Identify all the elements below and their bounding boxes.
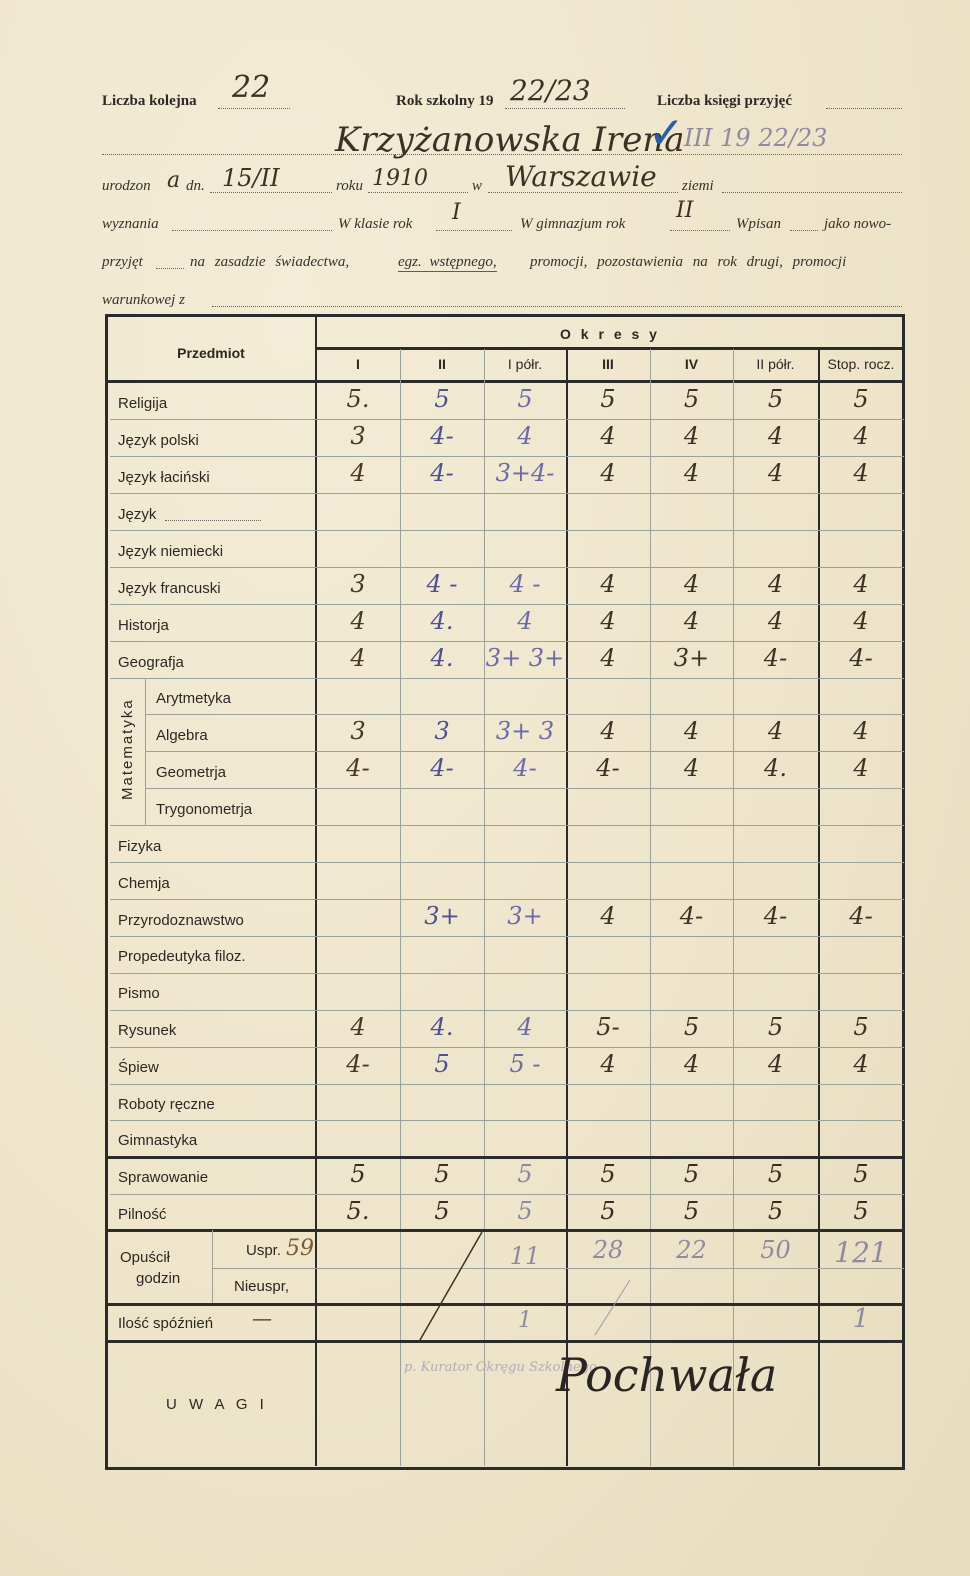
ziemi-label: ziemi [682,178,714,195]
grade-cell-IV: 4 [650,605,733,637]
grade-cell-II-polr: 4 [733,605,818,637]
subject-przyrodoznawstwo: Przyrodoznawstwo [118,912,244,929]
conduct-cell-I-polr: 5 [484,1195,566,1227]
lateness-value-stop-rocz: 1 [818,1304,904,1334]
subject-gimnastyka: Gimnastyka [118,1132,197,1149]
grade-cell-I: 3 [316,715,400,747]
subject-jezyk-francuski: Język francuski [118,580,221,597]
grade-cell-IV: 3+ [650,642,733,674]
uspr-value-II-polr: 50 [733,1236,818,1264]
zasadzie-text-2: promocji, pozostawienia na rok drugi, pr… [530,254,846,271]
grade-cell-IV: 4 [650,420,733,452]
grade-cell-stop-rocz: 4 [818,752,904,784]
wpisan-label: Wpisan [736,216,781,233]
subject-geografja: Geografja [118,654,184,671]
wyznania-label: wyznania [102,216,159,233]
grade-cell-III: 5- [566,1011,650,1043]
grade-cell-III: 4- [566,752,650,784]
subject-roboty-reczne: Roboty ręczne [118,1096,215,1113]
grade-cell-II: 5 [400,383,484,415]
grade-cell-stop-rocz: 4 [818,1048,904,1080]
subject-jezyk: Język [118,506,156,523]
grade-cell-II-polr: 4 [733,715,818,747]
subject-jezyk-lacinski: Język łaciński [118,469,210,486]
grade-cell-I: 4 [316,642,400,674]
grade-cell-IV: 4 [650,1048,733,1080]
conduct-cell-II: 5 [400,1158,484,1190]
w-gimnazjum-value: II [676,198,693,223]
grade-cell-II-polr: 4 [733,568,818,600]
conduct-cell-IV: 5 [650,1195,733,1227]
w-klasie-value: I [452,200,461,225]
grade-cell-stop-rocz: 4 [818,715,904,747]
grade-cell-I-polr: 5 [484,383,566,415]
jako-label: jako nowo- [824,216,891,233]
grade-cell-II: 4- [400,420,484,452]
grade-cell-I-polr: 4 [484,605,566,637]
grade-cell-III: 4 [566,568,650,600]
w-klasie-label: W klasie rok [338,216,412,233]
subject-jezyk-niemiecki: Język niemiecki [118,543,223,560]
grade-cell-IV: 4- [650,900,733,932]
grade-cell-I-polr: 3+4- [484,457,566,489]
grade-cell-stop-rocz: 4- [818,642,904,674]
grade-cell-I: 5. [316,383,400,415]
grade-cell-II: 4- [400,752,484,784]
grade-cell-III: 4 [566,1048,650,1080]
grade-cell-III: 5 [566,383,650,415]
grade-cell-I: 4- [316,752,400,784]
column-header-II-polr: II półr. [733,356,818,372]
grade-cell-II: 4. [400,605,484,637]
remarks-note: Pochwała [556,1348,777,1402]
column-header-I-polr: I półr. [484,356,566,372]
roku-label: roku [336,178,363,195]
subject-pismo: Pismo [118,985,160,1002]
przyjet-label: przyjęt [102,254,143,271]
subject-spiew: Śpiew [118,1059,159,1076]
grade-cell-II: 3+ [400,900,484,932]
math-group-label: Matematyka [119,698,136,800]
liczba-kolejna-label: Liczba kolejna [102,93,197,110]
w-gimnazjum-label: W gimnazjum rok [520,216,625,233]
subject-pilnosc: Pilność [118,1206,166,1223]
periods-header: O k r e s y [316,326,904,342]
grade-cell-I: 4- [316,1048,400,1080]
grade-cell-I: 4 [316,457,400,489]
warunkowej-label: warunkowej z [102,292,185,309]
grade-cell-IV: 4 [650,715,733,747]
conduct-cell-I: 5. [316,1195,400,1227]
grade-cell-I-polr: 4 [484,1011,566,1043]
grade-cell-stop-rocz: 4 [818,605,904,637]
grade-cell-II: 4 - [400,568,484,600]
subject-jezyk-polski: Język polski [118,432,199,449]
grade-cell-I: 4 [316,605,400,637]
grade-cell-II-polr: 4 [733,420,818,452]
grade-cell-III: 4 [566,420,650,452]
uspr-label: Uspr. [246,1242,281,1259]
conduct-cell-II-polr: 5 [733,1195,818,1227]
grade-cell-stop-rocz: 4- [818,900,904,932]
student-name: Krzyżanowska Irena [335,120,685,160]
grade-cell-stop-rocz: 4 [818,568,904,600]
uspr-value-stop-rocz: 121 [818,1236,904,1269]
grade-cell-III: 4 [566,642,650,674]
grade-cell-II-polr: 5 [733,383,818,415]
subject-historja: Historja [118,617,169,634]
remarks-label: U W A G I [166,1396,268,1413]
subject-sprawowanie: Sprawowanie [118,1169,208,1186]
conduct-cell-I: 5 [316,1158,400,1190]
column-header-II: II [400,356,484,372]
grade-cell-IV: 5 [650,1011,733,1043]
grade-cell-I-polr: 3+ [484,900,566,932]
grade-cell-II: 3 [400,715,484,747]
zasadzie-underlined: egz. wstępnego, [398,254,497,272]
subject-arytmetyka: Arytmetyka [156,690,231,707]
grade-cell-II-polr: 4- [733,900,818,932]
grade-cell-III: 4 [566,900,650,932]
subject-geometrja: Geometrja [156,764,226,781]
grade-cell-I-polr: 3+ 3 [484,715,566,747]
subject-rysunek: Rysunek [118,1022,176,1039]
grade-cell-III: 4 [566,605,650,637]
grade-cell-II: 4- [400,457,484,489]
grade-cell-I-polr: 3+ 3+ [484,642,566,674]
nieuspr-label: Nieuspr, [234,1278,289,1295]
urodzon-suffix: a [167,168,180,193]
grade-cell-I-polr: 4 - [484,568,566,600]
grade-cell-II-polr: 4. [733,752,818,784]
conduct-cell-stop-rocz: 5 [818,1158,904,1190]
column-header-I: I [316,356,400,372]
grade-cell-III: 4 [566,457,650,489]
conduct-cell-II: 5 [400,1195,484,1227]
grade-cell-stop-rocz: 4 [818,420,904,452]
absence-label-2: godzin [136,1270,180,1287]
grade-cell-stop-rocz: 5 [818,1011,904,1043]
grade-cell-I: 3 [316,568,400,600]
conduct-cell-III: 5 [566,1158,650,1190]
column-header-IV: IV [650,356,733,372]
grade-cell-III: 4 [566,715,650,747]
grade-cell-IV: 5 [650,383,733,415]
name-annotation: III 19 22/23 [684,124,827,152]
uspr-value-IV: 22 [650,1236,733,1264]
grade-cell-I-polr: 4 [484,420,566,452]
dn-label: dn. [186,178,205,195]
subject-chemja: Chemja [118,875,170,892]
lateness-label: Ilość spóźnień [118,1315,213,1332]
grade-cell-II: 4. [400,642,484,674]
grade-cell-I-polr: 4- [484,752,566,784]
zasadzie-text-1: na zasadzie świadectwa, [190,254,349,271]
uspr-value-III: 28 [566,1236,650,1264]
grade-cell-II-polr: 4 [733,1048,818,1080]
column-header-stop-rocz: Stop. rocz. [818,356,904,372]
grade-cell-II: 4. [400,1011,484,1043]
w-label: w [472,178,482,195]
rok-szkolny-label: Rok szkolny 19 [396,93,494,110]
uspr-total: 59 [286,1236,314,1261]
faint-strike-line [580,1280,640,1340]
grade-cell-II-polr: 5 [733,1011,818,1043]
subject-fizyka: Fizyka [118,838,161,855]
roku-value: 1910 [372,166,428,191]
liczba-kolejna-value: 22 [232,70,270,105]
urodzon-label: urodzon [102,178,151,195]
conduct-cell-I-polr: 5 [484,1158,566,1190]
grade-cell-IV: 4 [650,457,733,489]
subject-propedeutyka: Propedeutyka filoz. [118,948,246,965]
grade-cell-II: 5 [400,1048,484,1080]
subject-trygonometrja: Trygonometrja [156,801,252,818]
grade-cell-IV: 4 [650,752,733,784]
grade-cell-I: 4 [316,1011,400,1043]
conduct-cell-II-polr: 5 [733,1158,818,1190]
subject-algebra: Algebra [156,727,208,744]
grade-cell-stop-rocz: 5 [818,383,904,415]
dn-value: 15/II [222,164,280,192]
grade-cell-I-polr: 5 - [484,1048,566,1080]
grade-cell-I: 3 [316,420,400,452]
conduct-cell-IV: 5 [650,1158,733,1190]
w-value: Warszawie [505,160,657,193]
subject-header: Przedmiot [107,345,315,361]
lateness-label-value: — [252,1306,272,1330]
strike-line [400,1230,500,1342]
subject-religija: Religija [118,395,167,412]
conduct-cell-III: 5 [566,1195,650,1227]
grade-cell-II-polr: 4 [733,457,818,489]
rok-szkolny-value: 22/23 [510,74,591,107]
conduct-cell-stop-rocz: 5 [818,1195,904,1227]
checkmark-icon: ✓ [648,108,685,159]
grade-cell-IV: 4 [650,568,733,600]
absence-label-1: Opuścił [120,1249,170,1266]
column-header-III: III [566,356,650,372]
grade-cell-stop-rocz: 4 [818,457,904,489]
grade-cell-II-polr: 4- [733,642,818,674]
